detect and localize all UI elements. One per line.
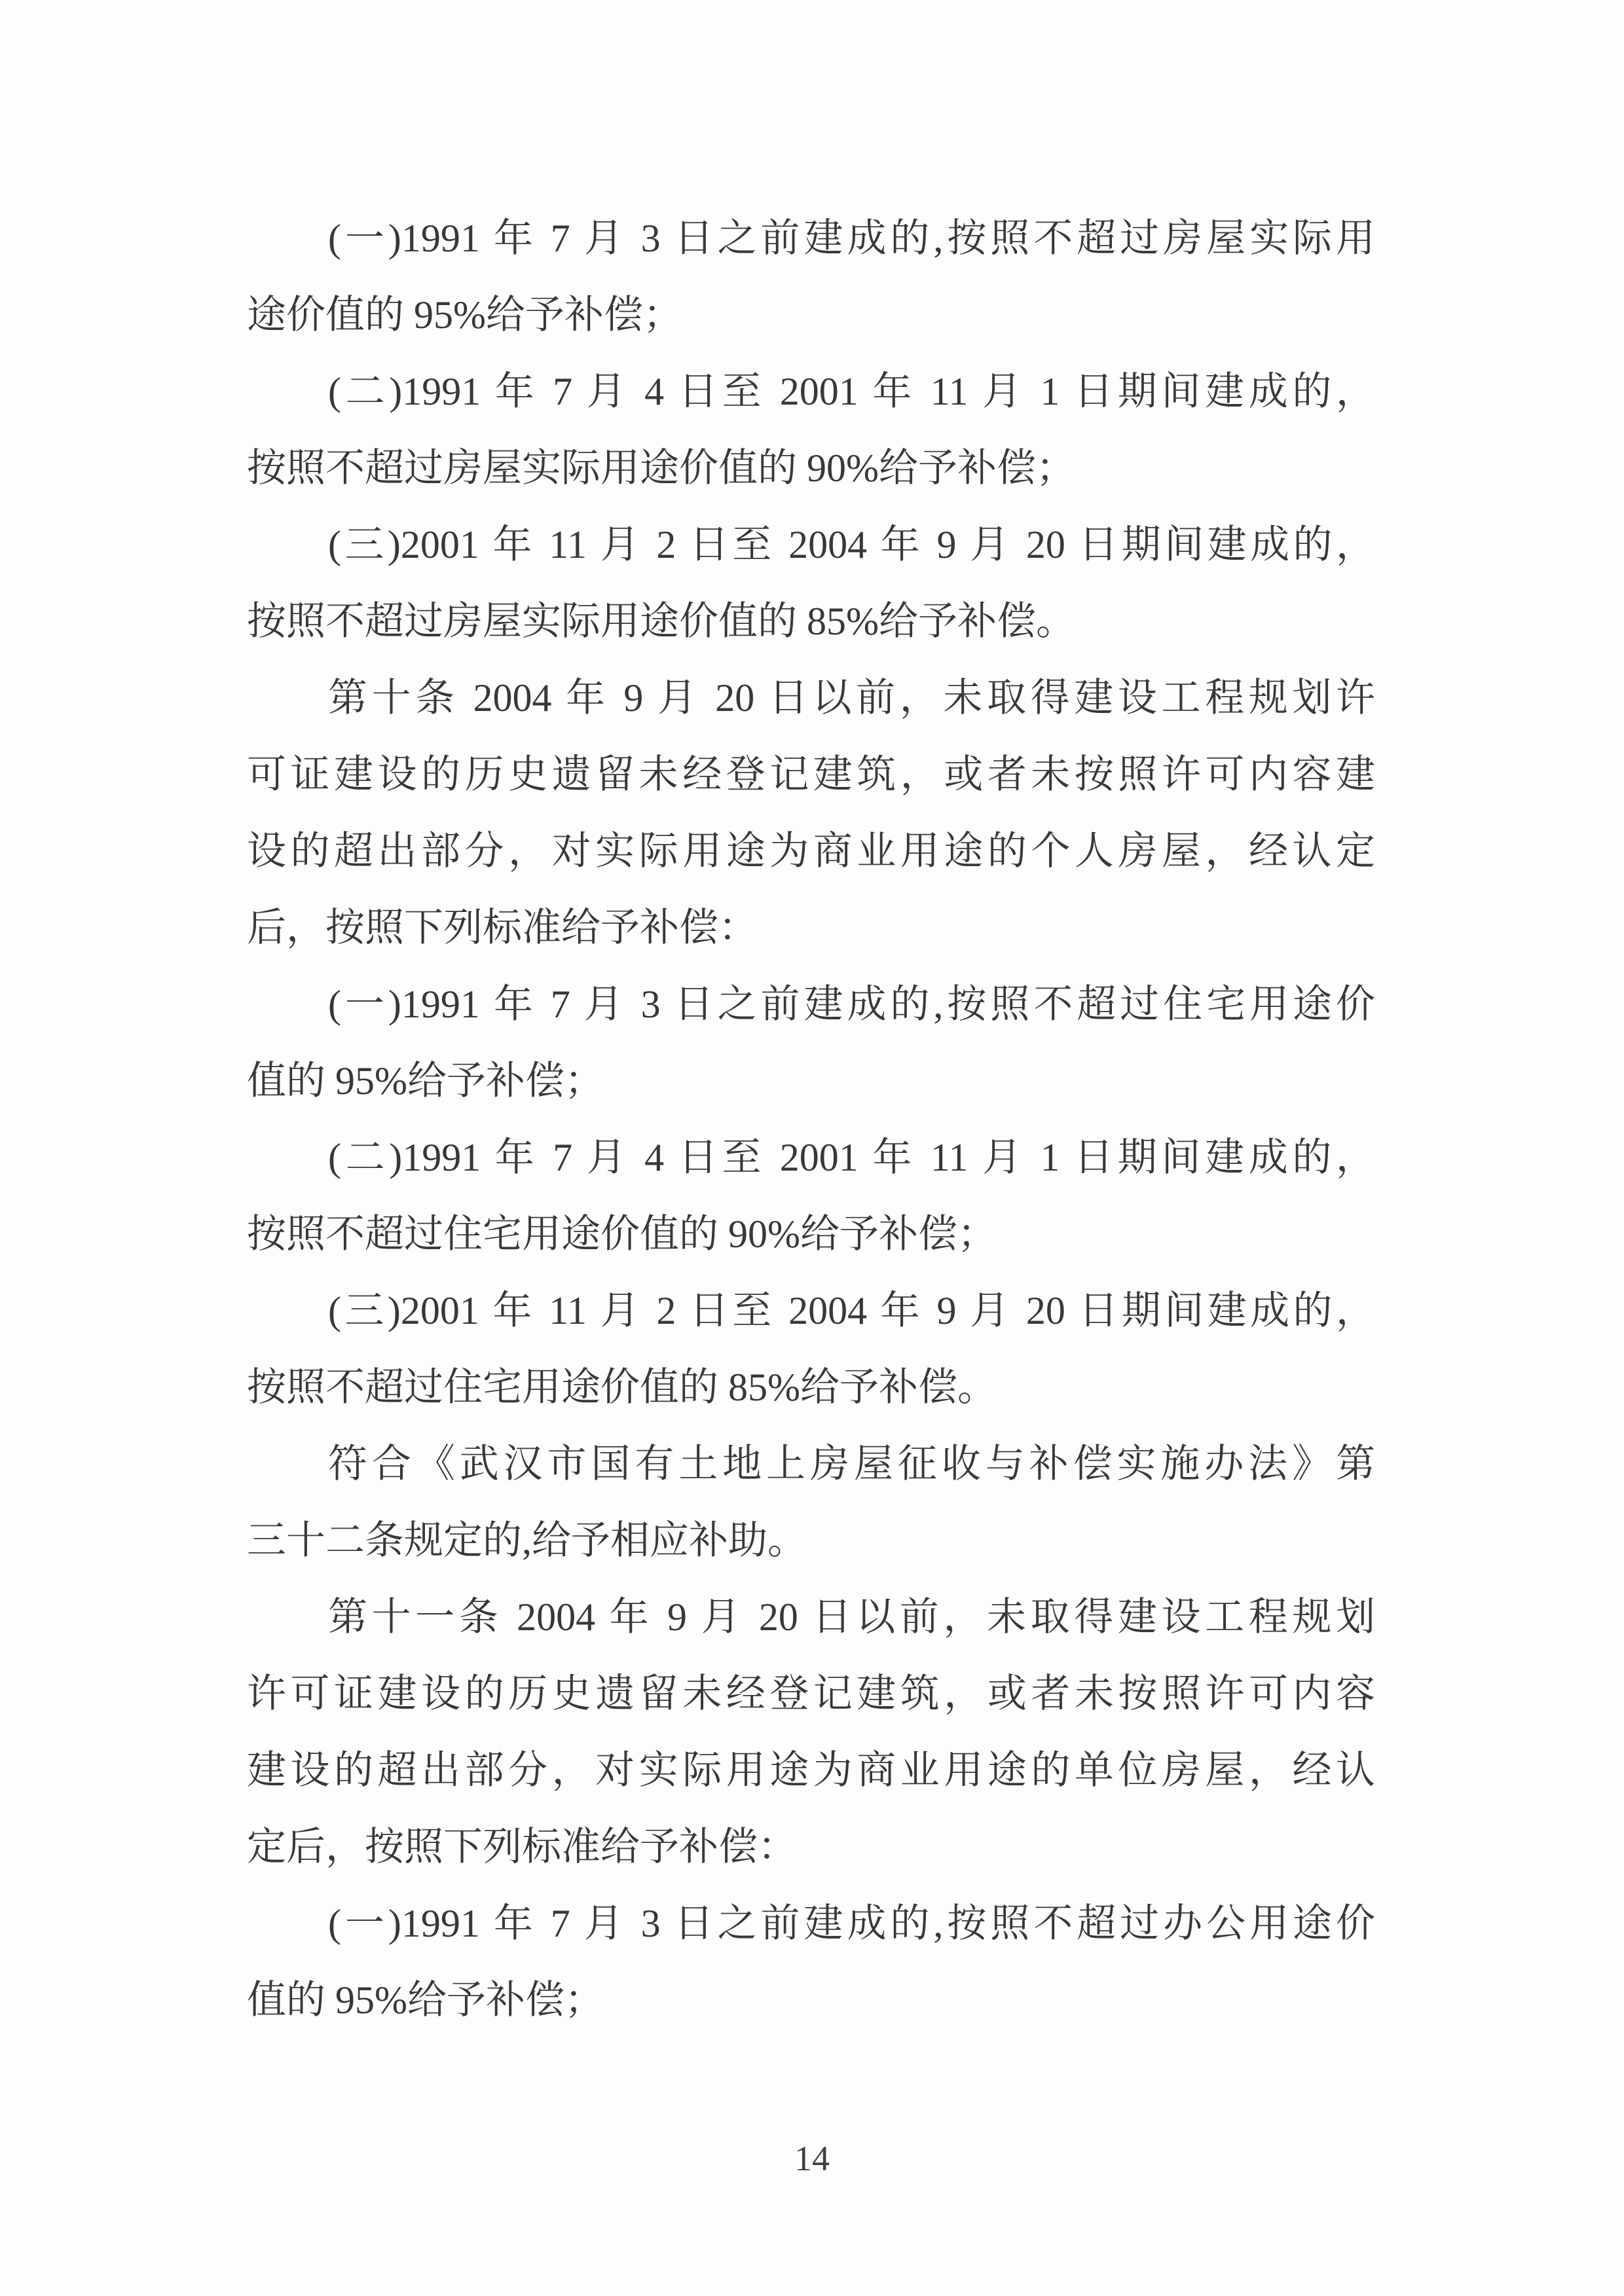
document-line: (二)1991 年 7 月 4 日至 2001 年 11 月 1 日期间建成的， bbox=[247, 1120, 1375, 1196]
document-line: 按照不超过住宅用途价值的 85%给予补偿。 bbox=[247, 1349, 1375, 1426]
document-line: 按照不超过房屋实际用途价值的 85%给予补偿。 bbox=[247, 583, 1375, 660]
document-line: 符合《武汉市国有土地上房屋征收与补偿实施办法》第 bbox=[247, 1426, 1375, 1503]
page-number: 14 bbox=[0, 2136, 1624, 2181]
document-line: 途价值的 95%给予补偿； bbox=[247, 277, 1375, 354]
document-line: 按照不超过住宅用途价值的 90%给予补偿； bbox=[247, 1196, 1375, 1273]
document-line: 定后，按照下列标准给予补偿： bbox=[247, 1809, 1375, 1886]
document-line: 第十条 2004 年 9 月 20 日以前，未取得建设工程规划许 bbox=[247, 660, 1375, 737]
document-line: (一)1991 年 7 月 3 日之前建成的,按照不超过住宅用途价 bbox=[247, 966, 1375, 1043]
document-line: 后，按照下列标准给予补偿： bbox=[247, 890, 1375, 966]
document-line: (二)1991 年 7 月 4 日至 2001 年 11 月 1 日期间建成的， bbox=[247, 354, 1375, 430]
document-line: 按照不超过房屋实际用途价值的 90%给予补偿； bbox=[247, 430, 1375, 507]
document-line: 值的 95%给予补偿； bbox=[247, 1043, 1375, 1120]
document-line: (一)1991 年 7 月 3 日之前建成的,按照不超过房屋实际用 bbox=[247, 200, 1375, 277]
document-line: 设的超出部分，对实际用途为商业用途的个人房屋，经认定 bbox=[247, 813, 1375, 890]
document-body: (一)1991 年 7 月 3 日之前建成的,按照不超过房屋实际用途价值的 95… bbox=[247, 200, 1375, 2039]
document-line: (三)2001 年 11 月 2 日至 2004 年 9 月 20 日期间建成的… bbox=[247, 1273, 1375, 1349]
document-line: (三)2001 年 11 月 2 日至 2004 年 9 月 20 日期间建成的… bbox=[247, 507, 1375, 583]
document-line: 值的 95%给予补偿； bbox=[247, 1962, 1375, 2039]
document-line: 建设的超出部分，对实际用途为商业用途的单位房屋，经认 bbox=[247, 1732, 1375, 1809]
document-line: (一)1991 年 7 月 3 日之前建成的,按照不超过办公用途价 bbox=[247, 1886, 1375, 1962]
document-line: 许可证建设的历史遗留未经登记建筑，或者未按照许可内容 bbox=[247, 1656, 1375, 1732]
document-line: 第十一条 2004 年 9 月 20 日以前，未取得建设工程规划 bbox=[247, 1579, 1375, 1656]
document-line: 可证建设的历史遗留未经登记建筑，或者未按照许可内容建 bbox=[247, 737, 1375, 813]
document-line: 三十二条规定的,给予相应补助。 bbox=[247, 1503, 1375, 1579]
page: (一)1991 年 7 月 3 日之前建成的,按照不超过房屋实际用途价值的 95… bbox=[0, 0, 1624, 2296]
